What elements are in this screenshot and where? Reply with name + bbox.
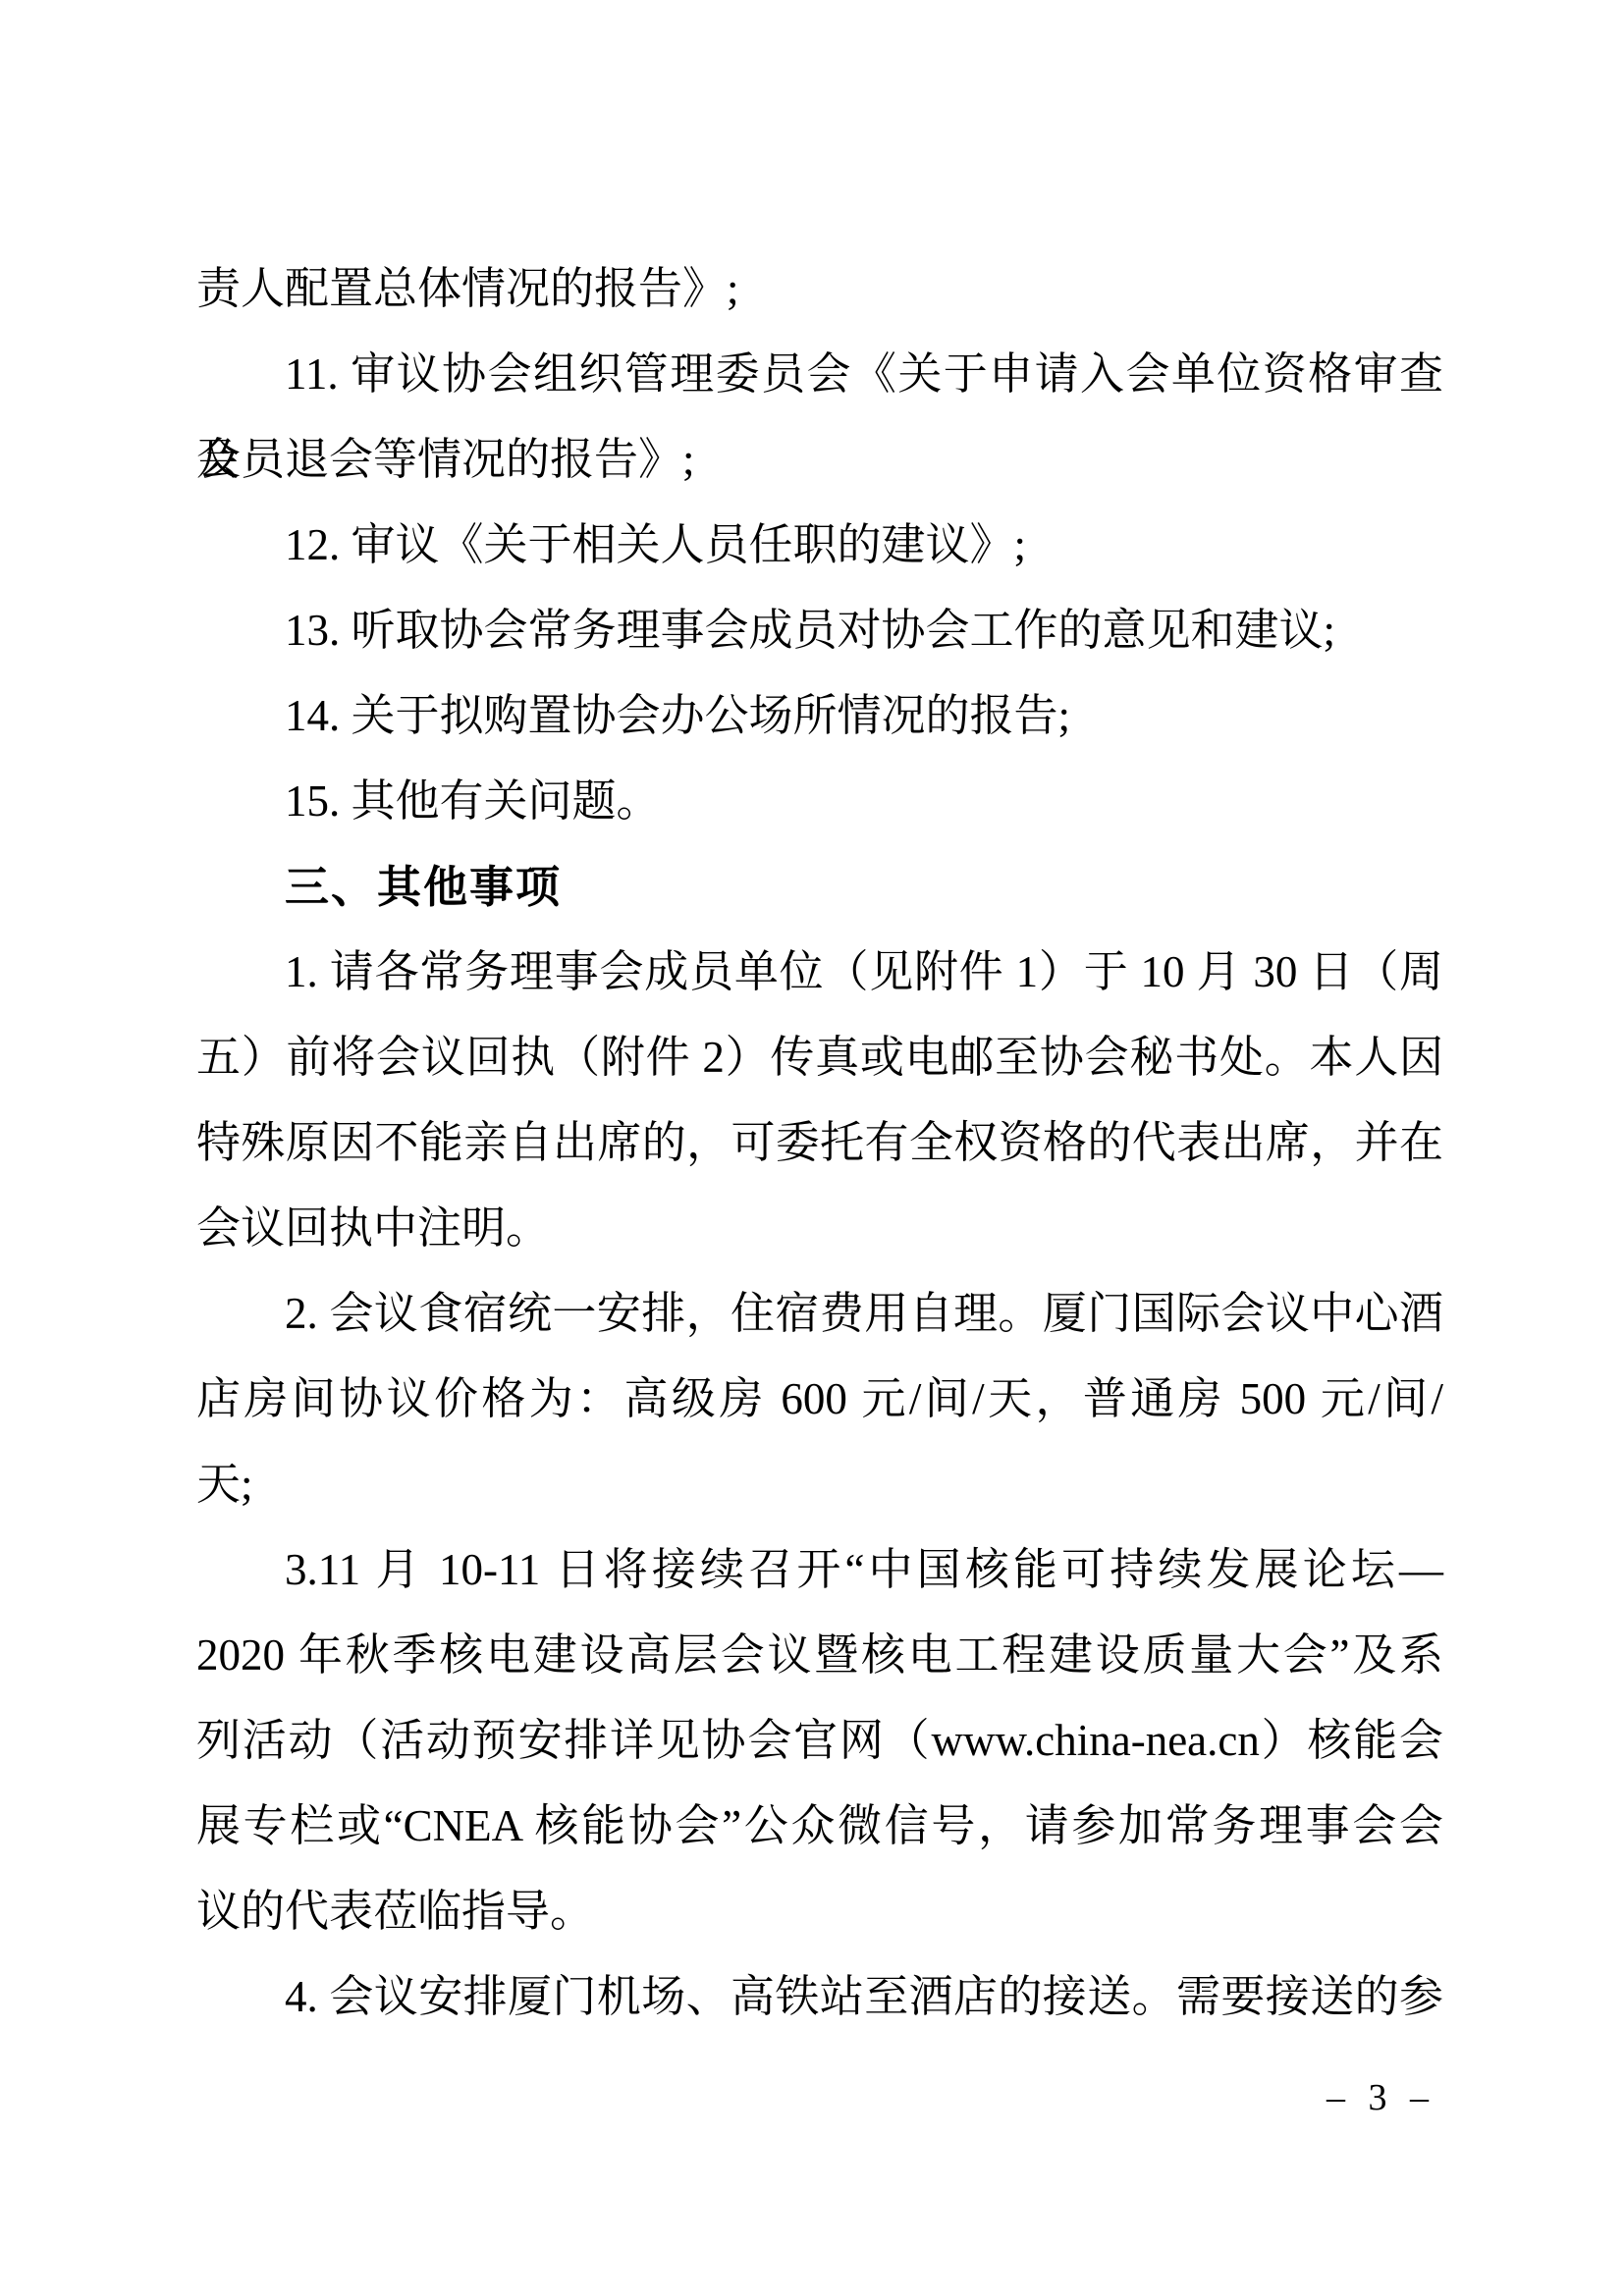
line-other1-start: 1. 请各常务理事会成员单位（见附件 1）于 10 月 30 日（周 [196,930,1443,1015]
line-item13: 13. 听取协会常务理事会成员对协会工作的意见和建议; [196,588,1443,673]
line-item11-end: 会员退会等情况的报告》; [196,417,1443,503]
line-item10-continuation: 责人配置总体情况的报告》; [196,246,1443,332]
line-other2-middle: 店房间协议价格为：高级房 600 元/间/天，普通房 500 元/间/ [196,1357,1443,1442]
line-other3-middle3: 展专栏或“CNEA 核能协会”公众微信号，请参加常务理事会会 [196,1784,1443,1869]
line-other1-middle1: 五）前将会议回执（附件 2）传真或电邮至协会秘书处。本人因 [196,1015,1443,1100]
line-other3-end: 议的代表莅临指导。 [196,1869,1443,1954]
line-other3-start: 3.11 月 10-11 日将接续召开“中国核能可持续发展论坛— [196,1527,1443,1613]
line-other2-start: 2. 会议食宿统一安排，住宿费用自理。厦门国际会议中心酒 [196,1271,1443,1357]
page-number: – 3 – [1326,2073,1429,2122]
line-other1-end: 会议回执中注明。 [196,1186,1443,1271]
document-body: 责人配置总体情况的报告》; 11. 审议协会组织管理委员会《关于申请入会单位资格… [196,246,1443,2040]
line-item15: 15. 其他有关问题。 [196,759,1443,844]
line-item12: 12. 审议《关于相关人员任职的建议》; [196,503,1443,588]
line-item11-start: 11. 审议协会组织管理委员会《关于申请入会单位资格审查及 [196,332,1443,417]
line-other4-start: 4. 会议安排厦门机场、高铁站至酒店的接送。需要接送的参 [196,1954,1443,2040]
line-other3-middle2: 列活动（活动预安排详见协会官网（www.china-nea.cn）核能会 [196,1698,1443,1784]
line-other2-end: 天; [196,1442,1443,1527]
section-heading-other-matters: 三、其他事项 [196,844,1443,930]
document-page: 责人配置总体情况的报告》; 11. 审议协会组织管理委员会《关于申请入会单位资格… [0,0,1624,2296]
line-other1-middle2: 特殊原因不能亲自出席的，可委托有全权资格的代表出席，并在 [196,1100,1443,1186]
line-other3-middle1: 2020 年秋季核电建设高层会议暨核电工程建设质量大会”及系 [196,1613,1443,1698]
line-item14: 14. 关于拟购置协会办公场所情况的报告; [196,673,1443,759]
